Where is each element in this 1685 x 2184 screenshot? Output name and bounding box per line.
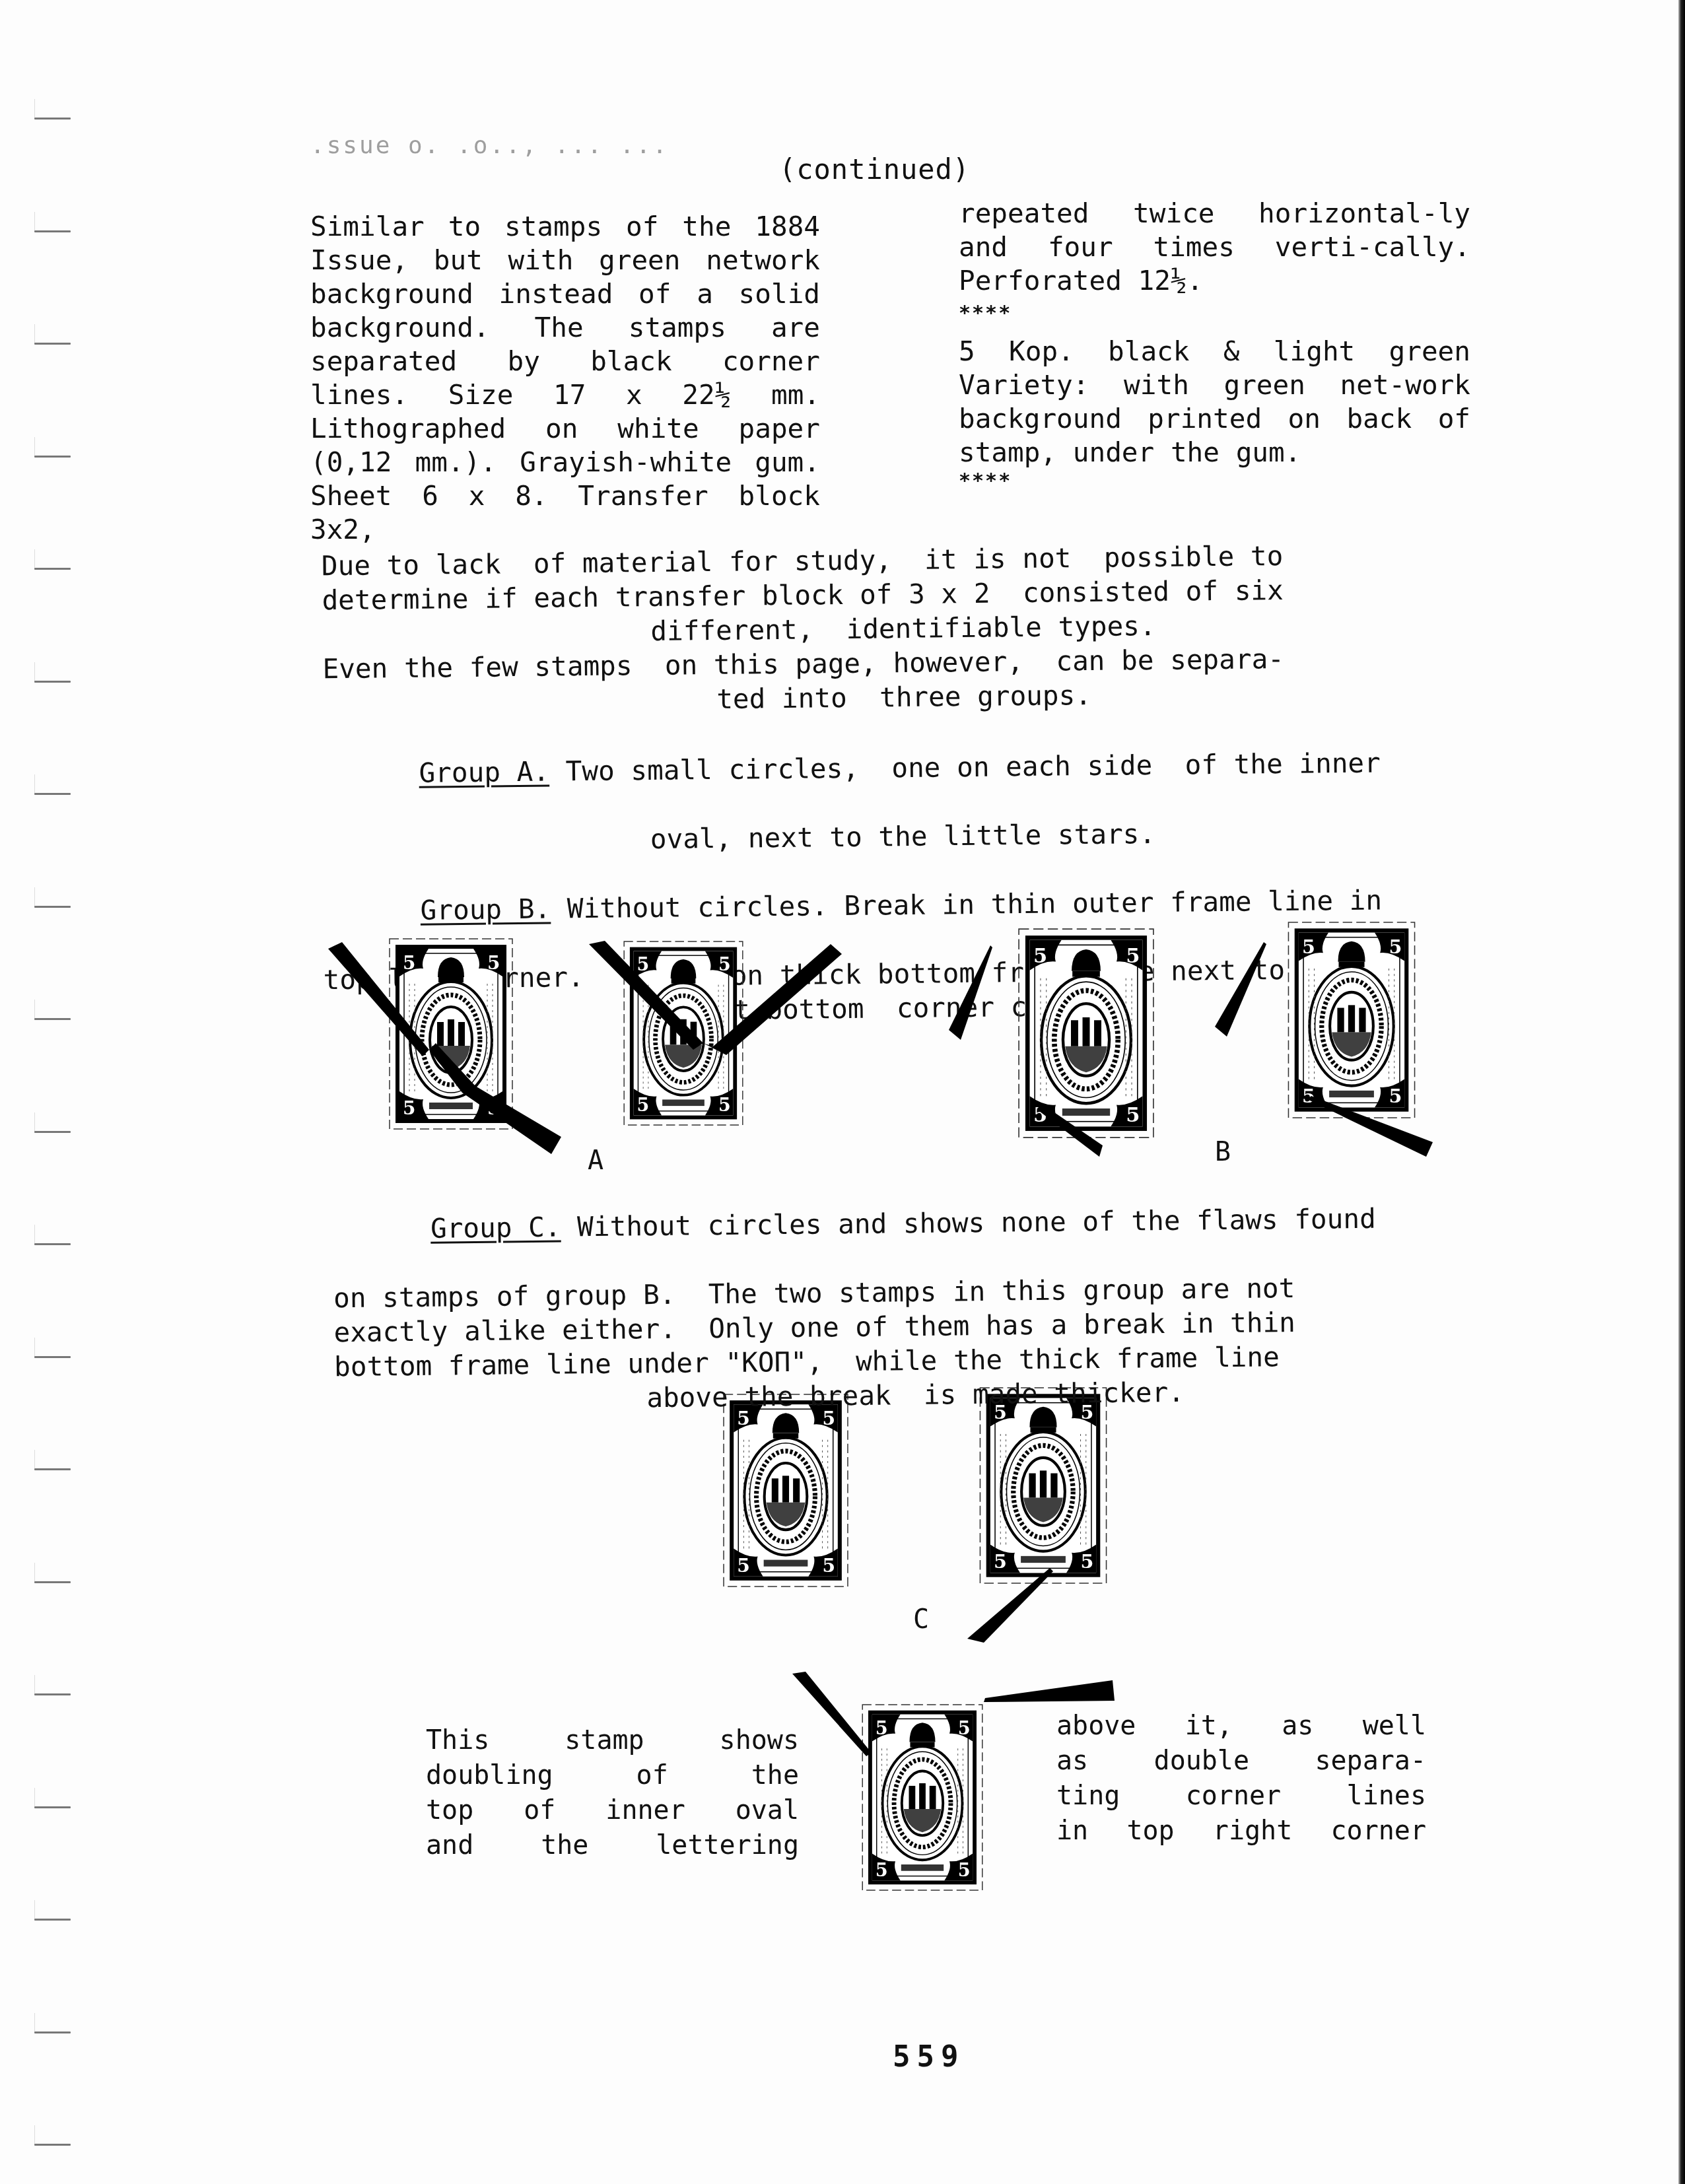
pointer-icon: [984, 1680, 1115, 1702]
figure-label-c: C: [913, 1604, 929, 1635]
group-c-paragraph: Group C. Without circles and shows none …: [332, 1166, 1497, 1418]
text-line: and the lettering: [426, 1828, 799, 1863]
group-a-line: Group A. Two small circles, one on each …: [321, 710, 1484, 825]
margin-tick: [34, 568, 71, 570]
margin-tick: [34, 1243, 71, 1245]
continued-heading: (continued): [779, 153, 970, 186]
page-number: 559: [893, 2040, 965, 2074]
margin-tick: [34, 906, 71, 908]
group-c-text: Without circles and shows none of the fl…: [561, 1203, 1376, 1243]
margin-tick: [34, 1131, 71, 1133]
text-line: This stamp shows: [426, 1723, 799, 1758]
doubling-note-left: This stamp shows doubling of the top of …: [426, 1723, 799, 1863]
margin-tick: [34, 456, 71, 458]
text-line: ting corner lines: [1056, 1779, 1426, 1814]
margin-tick: [34, 1806, 71, 1808]
group-a-label: Group A.: [419, 756, 549, 789]
stamp-figure-b2: [1282, 921, 1421, 1119]
margin-tick: [34, 1693, 71, 1695]
group-b-label: Group B.: [420, 893, 551, 926]
margin-tick: [34, 343, 71, 345]
stamp-figure-a1: [388, 938, 514, 1130]
margin-tick: [34, 681, 71, 683]
margin-tick: [34, 1356, 71, 1358]
faded-running-header: .ssue o. .o.., ... ...: [310, 132, 669, 159]
transfer-block-description: repeated twice horizontal-ly and four ti…: [959, 197, 1470, 298]
scan-edge-shadow: [1678, 0, 1685, 2184]
stamp-figure-a2: [622, 940, 745, 1126]
issue-description: Similar to stamps of the 1884 Issue, but…: [310, 210, 820, 547]
right-column: repeated twice horizontal-ly and four ti…: [959, 197, 1470, 493]
study-note-paragraph: Due to lack of material for study, it is…: [322, 537, 1486, 720]
figure-label-a: A: [588, 1145, 603, 1176]
margin-tick: [34, 230, 71, 232]
margin-tick: [34, 793, 71, 795]
document-page: .ssue o. .o.., ... ... (continued) Simil…: [0, 0, 1685, 2184]
text-line: above it, as well: [1056, 1709, 1426, 1744]
text-line: in top right corner: [1056, 1814, 1426, 1849]
stamp-figure-b1: [1014, 928, 1159, 1139]
margin-tick: [34, 1581, 71, 1583]
stamp-figure-c1: [720, 1393, 852, 1588]
group-a-text: Two small circles, one on each side of t…: [549, 747, 1381, 787]
stamp-figure-c2: [977, 1386, 1109, 1585]
left-column: Similar to stamps of the 1884 Issue, but…: [310, 210, 820, 547]
margin-tick: [34, 1919, 71, 1921]
group-b-text: Without circles. Break in thin outer fra…: [551, 884, 1382, 924]
margin-tick: [34, 1018, 71, 1020]
text-line: doubling of the: [426, 1758, 799, 1793]
margin-tick: [34, 1468, 71, 1470]
stamp-figure-doubling: [860, 1703, 985, 1892]
doubling-note-right: above it, as well as double separa- ting…: [1056, 1709, 1426, 1849]
margin-tick: [34, 2031, 71, 2033]
group-c-line: Group C. Without circles and shows none …: [332, 1166, 1496, 1281]
text-line: as double separa-: [1056, 1744, 1426, 1779]
separator-stars: ****: [959, 469, 1470, 493]
separator-stars: ****: [959, 302, 1470, 325]
margin-tick: [34, 2144, 71, 2146]
margin-tick: [34, 118, 71, 119]
figure-label-b: B: [1215, 1137, 1231, 1167]
text-line: top of inner oval: [426, 1793, 799, 1828]
variety-description: 5 Kop. black & light green Variety: with…: [959, 335, 1470, 469]
group-c-label: Group C.: [430, 1211, 561, 1245]
